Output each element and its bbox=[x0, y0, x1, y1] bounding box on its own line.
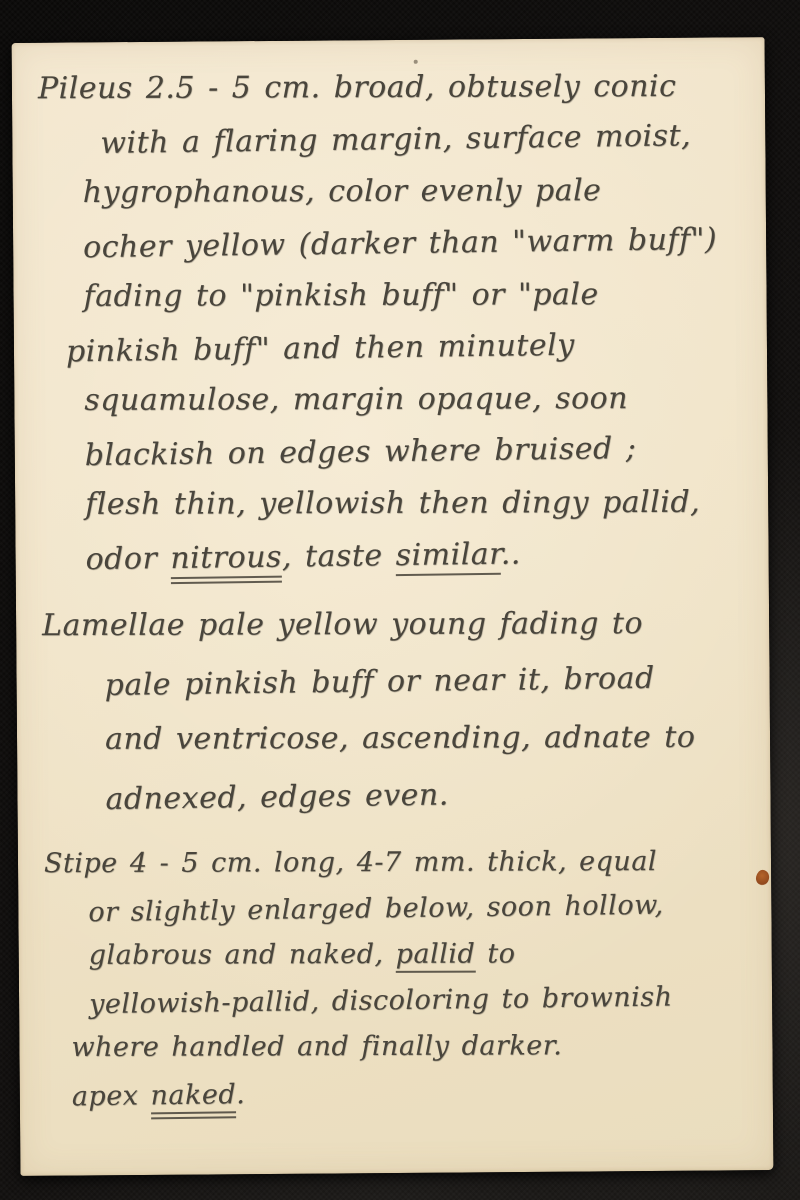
handwritten-line: pale pinkish buff or near it, broad bbox=[104, 648, 764, 714]
text-segment: . bbox=[236, 1079, 245, 1110]
text-segment: or slightly enlarged below, soon hollow, bbox=[88, 890, 664, 929]
underlined-word: similar bbox=[395, 537, 501, 576]
handwritten-text: Pileus 2.5 - 5 cm. broad, obtusely conic… bbox=[38, 59, 768, 1166]
text-segment: flesh thin, yellowish then dingy pallid, bbox=[85, 485, 700, 522]
underlined-word: nitrous bbox=[170, 540, 282, 584]
text-segment: squamulose, margin opaque, soon bbox=[84, 381, 628, 418]
handwritten-line: blackish on edges where bruised ; bbox=[84, 421, 762, 482]
text-segment: glabrous and naked, bbox=[89, 939, 396, 971]
paragraph-stipe: Stipe 4 - 5 cm. long, 4-7 mm. thick, equ… bbox=[44, 837, 767, 1119]
paragraph-pileus: Pileus 2.5 - 5 cm. broad, obtusely conic… bbox=[38, 59, 763, 585]
handwritten-line: adnexed, edges even. bbox=[105, 762, 765, 828]
paper-speck bbox=[414, 60, 418, 64]
handwritten-line: Pileus 2.5 - 5 cm. broad, obtusely conic bbox=[38, 61, 759, 116]
text-segment: odor bbox=[85, 541, 170, 577]
paragraph-lamellae: Lamellae pale yellow young fading topale… bbox=[42, 593, 765, 827]
handwritten-line: flesh thin, yellowish then dingy pallid, bbox=[85, 477, 762, 531]
text-segment: ocher yellow (darker than "warm buff") bbox=[83, 222, 717, 265]
text-segment: apex bbox=[72, 1080, 151, 1112]
text-segment: hygrophanous, color evenly pale bbox=[83, 173, 602, 210]
underlined-word: pallid bbox=[396, 939, 476, 973]
handwritten-line: Lamellae pale yellow young fading to bbox=[42, 595, 763, 655]
handwritten-line: Stipe 4 - 5 cm. long, 4-7 mm. thick, equ… bbox=[44, 839, 765, 888]
handwritten-line: yellowish-pallid, discoloring to brownis… bbox=[89, 973, 767, 1028]
text-segment: Pileus 2.5 - 5 cm. broad, obtusely conic bbox=[38, 69, 677, 106]
handwritten-line: or slightly enlarged below, soon hollow, bbox=[88, 881, 766, 936]
photo-background: Pileus 2.5 - 5 cm. broad, obtusely conic… bbox=[0, 0, 800, 1200]
handwritten-line: squamulose, margin opaque, soon bbox=[84, 373, 761, 427]
text-segment: pale pinkish buff or near it, broad bbox=[104, 661, 655, 703]
text-segment: pinkish buff" and then minutely bbox=[66, 328, 575, 370]
text-segment: yellowish-pallid, discoloring to brownis… bbox=[89, 982, 673, 1021]
handwritten-line: odor nitrous, taste similar.. bbox=[85, 525, 763, 586]
underlined-word: naked bbox=[150, 1079, 236, 1119]
handwritten-line: apex naked. bbox=[72, 1065, 768, 1120]
handwritten-line: glabrous and naked, pallid to bbox=[89, 931, 766, 979]
handwritten-line: with a flaring margin, surface moist, bbox=[100, 109, 760, 170]
handwritten-line: hygrophanous, color evenly pale bbox=[83, 165, 760, 219]
text-segment: adnexed, edges even. bbox=[105, 777, 449, 816]
text-segment: .. bbox=[501, 536, 522, 571]
text-segment: to bbox=[475, 938, 515, 969]
text-segment: with a flaring margin, surface moist, bbox=[100, 118, 691, 161]
text-segment: , taste bbox=[282, 538, 396, 574]
handwritten-line: fading to "pinkish buff" or "pale bbox=[83, 269, 760, 323]
handwritten-line: pinkish buff" and then minutely bbox=[66, 317, 762, 378]
text-segment: Lamellae pale yellow young fading to bbox=[42, 606, 643, 643]
text-segment: blackish on edges where bruised ; bbox=[85, 431, 637, 473]
handwritten-line: where handled and finally darker. bbox=[71, 1023, 766, 1071]
handwritten-line: ocher yellow (darker than "warm buff") bbox=[83, 213, 761, 274]
text-segment: and ventricose, ascending, adnate to bbox=[105, 720, 695, 757]
handwritten-line: and ventricose, ascending, adnate to bbox=[105, 709, 764, 768]
text-segment: fading to "pinkish buff" or "pale bbox=[83, 277, 598, 314]
index-card: Pileus 2.5 - 5 cm. broad, obtusely conic… bbox=[12, 37, 774, 1176]
text-segment: Stipe 4 - 5 cm. long, 4-7 mm. thick, equ… bbox=[44, 846, 657, 879]
text-segment: where handled and finally darker. bbox=[71, 1030, 562, 1063]
